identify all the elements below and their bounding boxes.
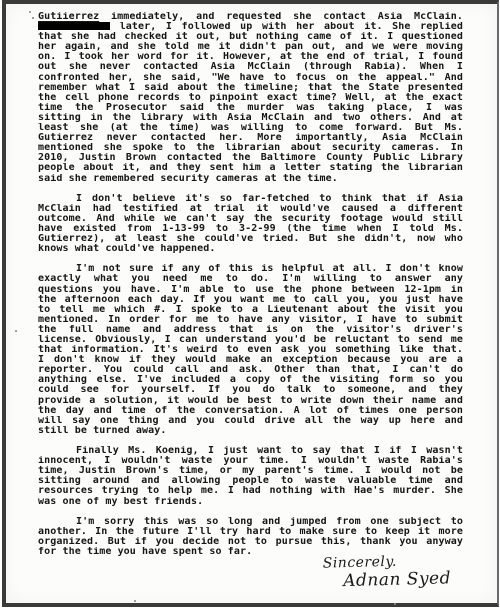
text-line: resources trying to help me. I had nothi… (38, 486, 463, 496)
text-line: later, I followed up with her about it. … (38, 22, 463, 32)
text-line: Gutierrez), at least she could've tried.… (38, 234, 463, 244)
text-line: said she remembered security cameras at … (38, 174, 463, 184)
noise-speck (29, 11, 31, 13)
text-line: could see for yourself. If you do talk t… (38, 385, 463, 395)
paragraph: Gutiierrez immediately, and requested sh… (38, 12, 463, 184)
text-line: I don't believe it's so far-fetched to t… (38, 194, 463, 204)
text-line: remember what I said about the timeline;… (38, 83, 463, 93)
text-line: her again, and she told me it didn't pan… (38, 42, 463, 52)
text-line: the full name and address that is on the… (38, 325, 463, 335)
text-line: least she (at the time) was willing to c… (38, 123, 463, 133)
text-line: exactly what you need me to do. I'm will… (38, 274, 463, 284)
text-line: knows what could've happened. (38, 244, 463, 254)
text-line: provide a solution, it would be best to … (38, 396, 463, 406)
text-line: Gutiierrez immediately, and requested sh… (38, 12, 463, 22)
text-line: Finally Ms. Koenig, I just want to say t… (38, 446, 463, 456)
scanned-page: Gutiierrez immediately, and requested sh… (2, 0, 499, 607)
text-line: questions you have. I'm able to use the … (38, 285, 463, 295)
text-line: confronted her, she said, "We have to fo… (38, 73, 463, 83)
text-line: that information. It's weird to even ask… (38, 345, 463, 355)
text-line: innocent, I wouldn't waste your time. I … (38, 456, 463, 466)
noise-speck (394, 603, 396, 605)
text-line: mentioned. In order for me to have any v… (38, 315, 463, 325)
text-line: out she never contacted Asia McClain (th… (38, 62, 463, 72)
paragraph: Finally Ms. Koenig, I just want to say t… (38, 446, 463, 507)
text-line: reporter. You could call and ask. Other … (38, 365, 463, 375)
noise-speck (15, 330, 17, 332)
text-line: that she had checked it out, but nothing… (38, 32, 463, 42)
text-line: I don't know if they would make an excep… (38, 355, 463, 365)
text-line: the afternoon each day. If you want me t… (38, 295, 463, 305)
text-line: have existed from 1-13-99 to 3-2-99 (the… (38, 224, 463, 234)
text-line: the cell phone records to pinpoint exact… (38, 93, 463, 103)
paragraph: I don't believe it's so far-fetched to t… (38, 194, 463, 255)
signature-block: Sincerely. Adnan Syed (323, 552, 452, 591)
paragraph: I'm not sure if any of this is helpful a… (38, 264, 463, 436)
text-line: time, Justin Brown's time, or my parent'… (38, 466, 463, 476)
text-line: was one of my best friends. (38, 497, 463, 507)
text-line: the day and time of the conversation. A … (38, 406, 463, 416)
signature-name: Adnan Syed (343, 568, 451, 591)
letter-body: Gutiierrez immediately, and requested sh… (38, 12, 463, 567)
noise-speck (32, 17, 34, 19)
text-line: sitting around and allowing people to wa… (38, 476, 463, 486)
text-line: still be turned away. (38, 426, 463, 436)
text-line: license. Obviously, I can understand you… (38, 335, 463, 345)
text-line: I'm not sure if any of this is helpful a… (38, 264, 463, 274)
paragraph: I'm sorry this was so long and jumped fr… (38, 517, 463, 557)
text-line: to tell me which #. I spoke to a Lieuten… (38, 305, 463, 315)
text-line: people about it, and they sent him a let… (38, 163, 463, 173)
text-line: I'm sorry this was so long and jumped fr… (38, 517, 463, 527)
text-line: outcome. And while we can't say the secu… (38, 214, 463, 224)
text-line: mentioned she spoke to the librarian abo… (38, 143, 463, 153)
text-line: another. In the future I'll try hard to … (38, 527, 463, 537)
text-line: sitting in the library with Asia McClain… (38, 113, 463, 123)
text-line: on. I took her word for it. However, at … (38, 52, 463, 62)
redaction-bar (38, 22, 110, 30)
underlined-word: Gutiierrez (38, 12, 99, 22)
text-line: time the Prosecutor said the murder was … (38, 103, 463, 113)
text-line: organized. But if you decide not to purs… (38, 537, 463, 547)
text-line: anything else. I've included a copy of t… (38, 375, 463, 385)
text-line: will say one thing and you could drive a… (38, 416, 463, 426)
text-line: 2010, Justin Brown contacted the Baltimo… (38, 153, 463, 163)
noise-speck (134, 600, 136, 602)
text-line: McClain had testified at trial it would'… (38, 204, 463, 214)
text-line: Gutierrez never contacted her. More impo… (38, 133, 463, 143)
